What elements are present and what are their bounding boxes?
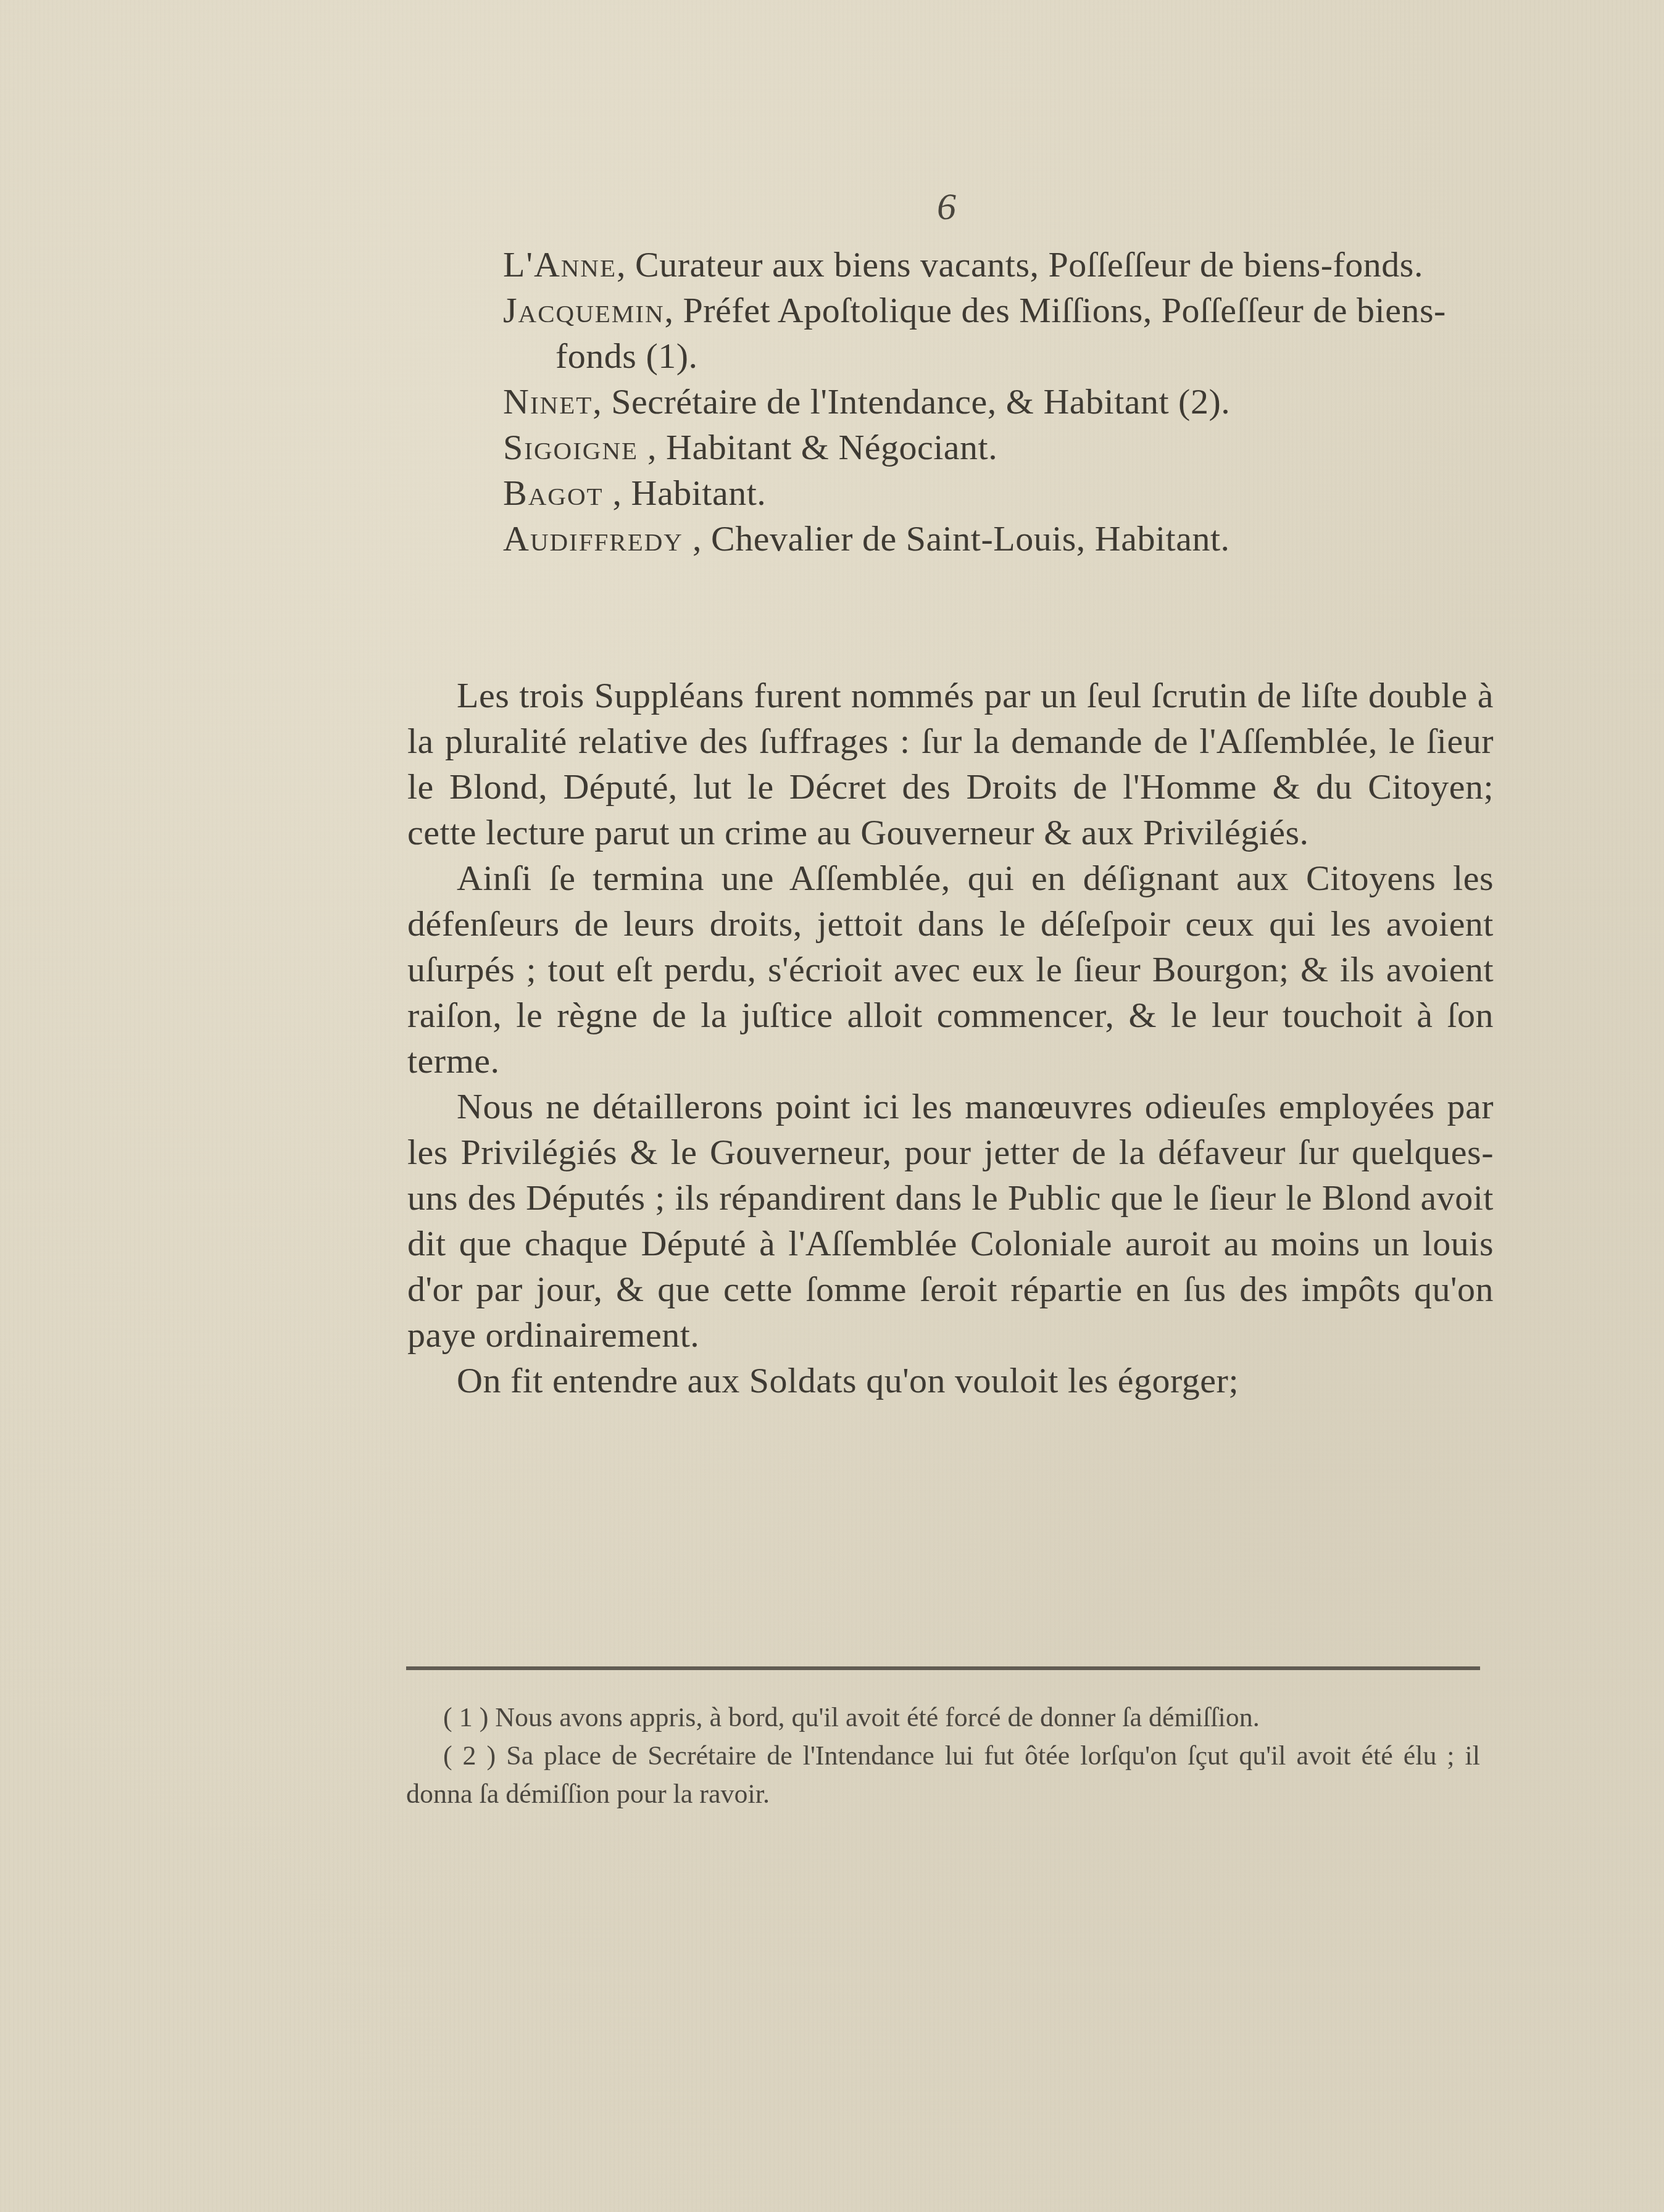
paragraph: Nous ne détaillerons point ici les manœu… <box>407 1084 1494 1358</box>
member-entry: Sigoigne , Habitant & Négociant. <box>503 425 1491 470</box>
member-list: L'Anne, Curateur aux biens vacants, Poſſ… <box>503 242 1491 562</box>
member-description: , Secrétaire de l'Intendance, & Habitant… <box>593 381 1230 422</box>
footnote-divider <box>406 1666 1480 1670</box>
paragraph: Ainſi ſe termina une Aſſemblée, qui en d… <box>407 855 1494 1084</box>
member-entry: Ninet, Secrétaire de l'Intendance, & Hab… <box>503 379 1491 425</box>
page-number: 6 <box>937 185 956 229</box>
member-name: Audiffredy <box>503 518 683 559</box>
paragraph: Les trois Suppléans furent nommés par un… <box>407 673 1494 855</box>
footnotes: ( 1 ) Nous avons appris, à bord, qu'il a… <box>406 1698 1480 1813</box>
member-name: Jacquemin <box>503 290 665 330</box>
member-description: , Habitant & Négociant. <box>638 427 997 467</box>
member-entry: Jacquemin, Préfet Apoſtolique des Miſſio… <box>503 288 1491 379</box>
member-description: , Chevalier de Saint-Louis, Habitant. <box>683 518 1230 559</box>
member-description: , Habitant. <box>604 473 767 513</box>
member-entry: Audiffredy , Chevalier de Saint-Louis, H… <box>503 516 1491 562</box>
member-description: , Curateur aux biens vacants, Poſſeſſeur… <box>617 244 1423 285</box>
member-name: Sigoigne <box>503 427 638 467</box>
body-text: Les trois Suppléans furent nommés par un… <box>407 673 1494 1403</box>
member-name: Ninet <box>503 381 593 422</box>
member-entry: Bagot , Habitant. <box>503 470 1491 516</box>
member-name: Bagot <box>503 473 604 513</box>
footnote: ( 1 ) Nous avons appris, à bord, qu'il a… <box>406 1698 1480 1737</box>
member-description: , Préfet Apoſtolique des Miſſions, Poſſe… <box>555 290 1446 376</box>
member-entry: L'Anne, Curateur aux biens vacants, Poſſ… <box>503 242 1491 288</box>
footnote: ( 2 ) Sa place de Secrétaire de l'Intend… <box>406 1737 1480 1813</box>
paragraph: On fit entendre aux Soldats qu'on vouloi… <box>407 1358 1494 1403</box>
member-name: L'Anne <box>503 244 617 285</box>
